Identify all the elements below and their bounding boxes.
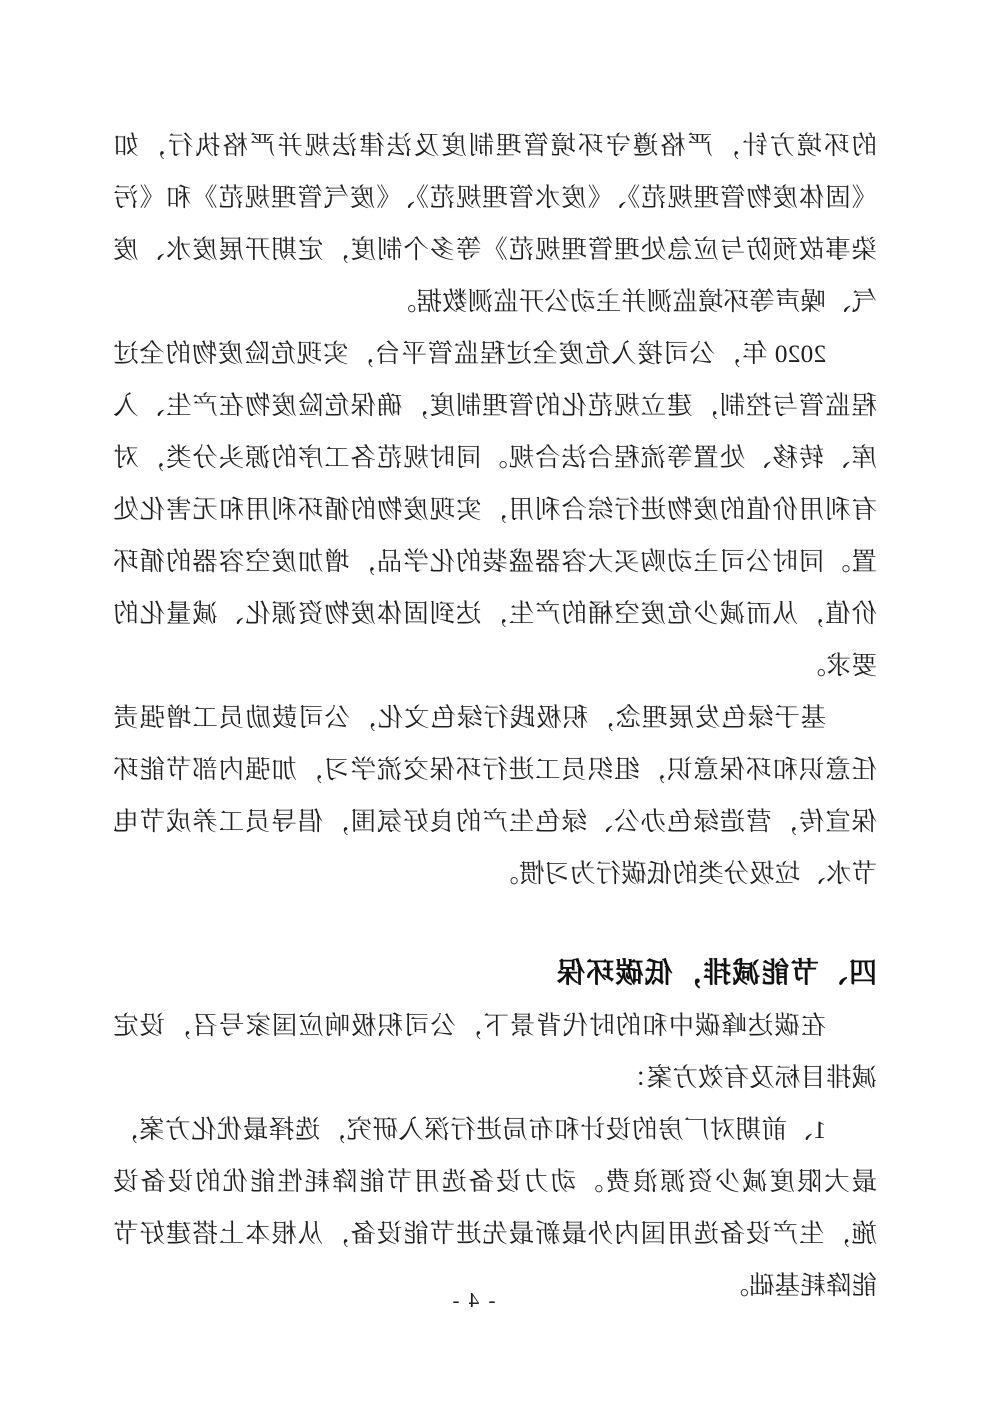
paragraph-plant-design-measures: 1、前期对厂房的设计和布局进行深入研究，选择最优化方案，最大限度减少资源浪费。动… <box>113 1104 877 1312</box>
page-number: - 4 - <box>0 1285 969 1315</box>
paragraph-environment-policy: 的环境方针，严格遵守环境管理制度及法律法规并严格执行，如《固体废物管理规范》、《… <box>113 120 877 328</box>
paragraph-hazardous-waste-management: 2020 年，公司接入危废全过程监管平台，实现危险废物的全过程监管与控制，建立规… <box>113 328 877 692</box>
paragraph-green-culture: 基于绿色发展理念，积极践行绿色文化，公司鼓励员工增强责任意识和环保意识，组织员工… <box>113 692 877 900</box>
page-body: 的环境方针，严格遵守环境管理制度及法律法规并严格执行，如《固体废物管理规范》、《… <box>113 120 877 1312</box>
paragraph-carbon-goals: 在碳达峰碳中和的时代背景下，公司积极响应国家号召，设定减排目标及有效方案： <box>113 1000 877 1104</box>
document-page: 的环境方针，严格遵守环境管理制度及法律法规并严格执行，如《固体废物管理规范》、《… <box>0 0 992 1403</box>
section-heading-energy-saving: 四、节能减排，低碳环保 <box>113 948 877 1000</box>
mirrored-page-content: 的环境方针，严格遵守环境管理制度及法律法规并严格执行，如《固体废物管理规范》、《… <box>0 0 992 1403</box>
